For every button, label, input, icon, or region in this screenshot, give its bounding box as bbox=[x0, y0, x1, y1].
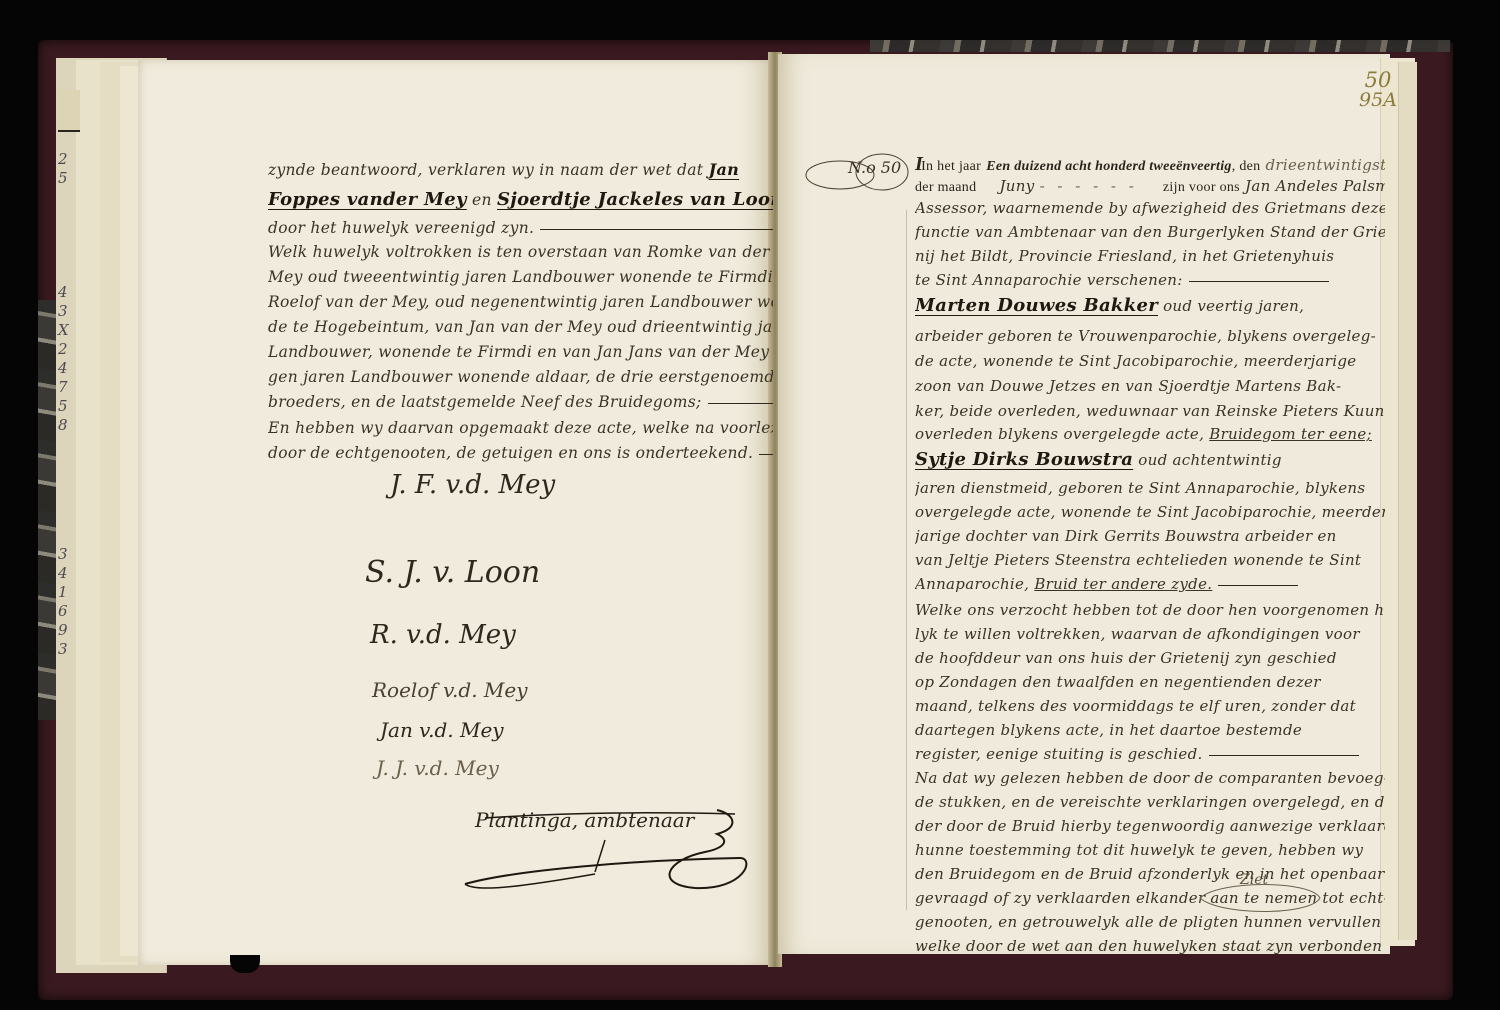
index-number: 9 bbox=[58, 621, 86, 640]
groom-name: Marten Douwes Bakker bbox=[915, 295, 1158, 316]
index-number: 2 bbox=[58, 340, 86, 359]
index-number: 3 bbox=[58, 640, 86, 659]
closing-flourish-icon bbox=[1190, 878, 1330, 918]
signature-flourish-icon bbox=[455, 800, 755, 900]
signature-bride: S. J. v. Loon bbox=[365, 555, 540, 590]
left-line: Roelof van der Mey, oud negenentwintig j… bbox=[268, 288, 773, 316]
left-line: zynde beantwoord, verklaren wy in naam d… bbox=[268, 156, 773, 184]
signature-groom: J. F. v.d. Mey bbox=[390, 470, 555, 500]
margin-rule bbox=[906, 210, 907, 910]
left-line: de te Hogebeintum, van Jan van der Mey o… bbox=[268, 313, 773, 341]
right-line: zoon van Douwe Jetzes en van Sjoerdtje M… bbox=[915, 372, 1385, 400]
index-number: 4 bbox=[58, 359, 86, 378]
bride-name: Sjoerdtje Jackeles van Loon bbox=[497, 189, 773, 210]
right-line: Sytje Dirks Bouwstra oud achtentwintig bbox=[915, 444, 1385, 476]
left-line-names: Foppes vander Mey en Sjoerdtje Jackeles … bbox=[268, 184, 773, 216]
index-number: 8 bbox=[58, 416, 86, 435]
marbled-cover-edge-left bbox=[38, 300, 56, 720]
index-number: 7 bbox=[58, 378, 86, 397]
index-tab bbox=[58, 90, 80, 132]
index-number: 3 bbox=[58, 545, 86, 564]
right-line: Marten Douwes Bakker oud veertig jaren, bbox=[915, 290, 1385, 322]
index-number: X bbox=[58, 321, 86, 340]
signature-witness: Jan v.d. Mey bbox=[380, 718, 504, 742]
index-number: 3 bbox=[58, 302, 86, 321]
right-line: welke door de wet aan den huwelyken staa… bbox=[915, 932, 1385, 960]
page-tear bbox=[230, 955, 260, 973]
index-number: 5 bbox=[58, 169, 86, 188]
page-stack-edge bbox=[1398, 62, 1417, 940]
right-line: Annaparochie, Bruid ter andere zyde. bbox=[915, 570, 1385, 598]
signature-witness: Roelof v.d. Mey bbox=[372, 678, 528, 702]
groom-name: Foppes vander Mey bbox=[268, 189, 467, 210]
left-line: Landbouwer, wonende te Firmdi en van Jan… bbox=[268, 338, 773, 366]
index-number: 6 bbox=[58, 602, 86, 621]
index-number: 4 bbox=[58, 564, 86, 583]
act-number: N.o 50 bbox=[800, 150, 920, 200]
signature-witness: R. v.d. Mey bbox=[370, 620, 516, 650]
marbled-cover-edge bbox=[870, 40, 1450, 52]
right-line: arbeider geboren te Vrouwenparochie, bly… bbox=[915, 322, 1385, 350]
signature-witness: J. J. v.d. Mey bbox=[376, 756, 499, 780]
left-line: gen jaren Landbouwer wonende aldaar, de … bbox=[268, 363, 773, 391]
right-line: de acte, wonende te Sint Jacobiparochie,… bbox=[915, 347, 1385, 375]
index-number: 2 bbox=[58, 150, 86, 169]
role-groom: Bruidegom ter eene; bbox=[1209, 425, 1372, 443]
bride-name: Sytje Dirks Bouwstra bbox=[915, 449, 1133, 470]
role-bride: Bruid ter andere zyde. bbox=[1034, 575, 1212, 593]
index-number: 4 bbox=[58, 283, 86, 302]
left-line: Welk huwelyk voltrokken is ten overstaan… bbox=[268, 238, 773, 266]
page-index-numbers: 2 5 4 3 X 2 4 7 5 8 3 4 1 6 9 3 bbox=[58, 150, 86, 710]
left-line: Mey oud tweeentwintig jaren Landbouwer w… bbox=[268, 263, 773, 291]
folio-number: 50 95A bbox=[1348, 70, 1408, 110]
index-number: 5 bbox=[58, 397, 86, 416]
left-line: broeders, en de laatstgemelde Neef des B… bbox=[268, 388, 773, 416]
left-line: En hebben wy daarvan opgemaakt deze acte… bbox=[268, 414, 773, 442]
left-line: door de echtgenooten, de getuigen en ons… bbox=[268, 439, 773, 467]
index-number: 1 bbox=[58, 583, 86, 602]
